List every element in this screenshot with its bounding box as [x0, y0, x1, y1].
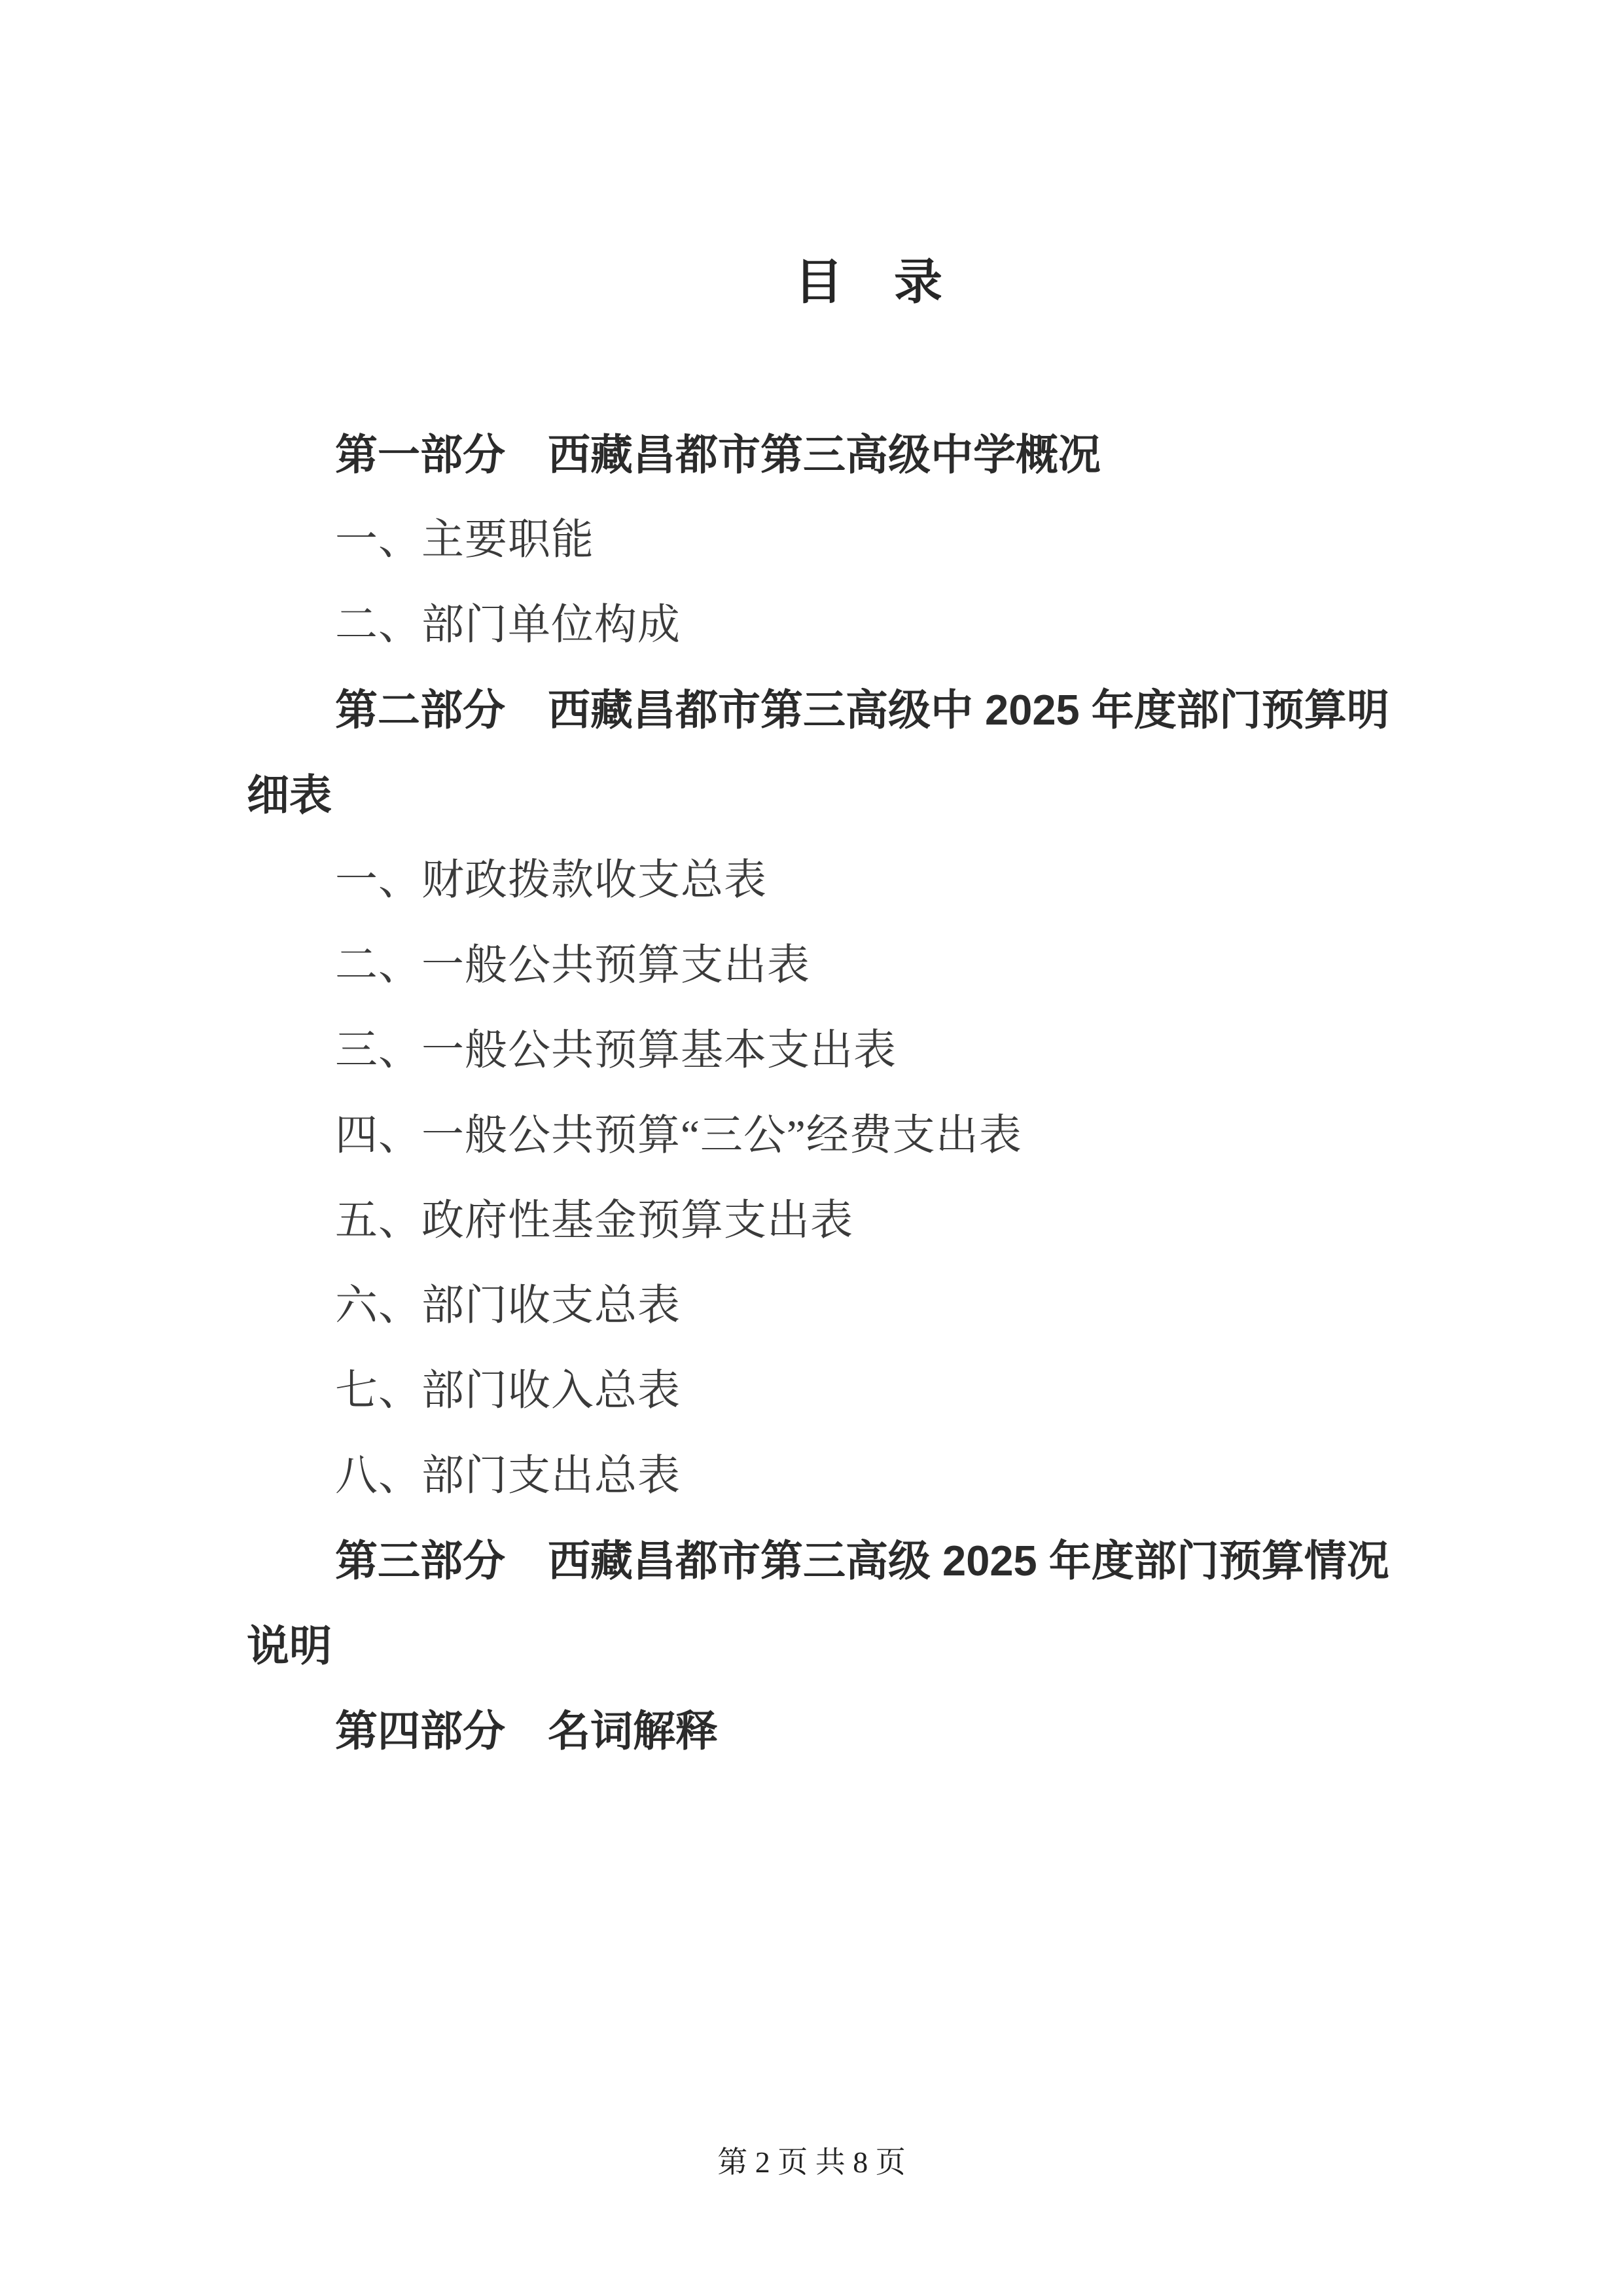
toc-part2-heading-cont: 细表	[247, 753, 1399, 838]
toc-part2-item-6: 六、部门收支总表	[247, 1263, 1399, 1348]
toc-part2-item-1: 一、财政拨款收支总表	[247, 838, 1399, 923]
table-of-contents: 第一部分 西藏昌都市第三高级中学概况 一、主要职能 二、部门单位构成 第二部分 …	[247, 412, 1399, 1774]
toc-part2-item-4: 四、一般公共预算“三公”经费支出表	[247, 1093, 1399, 1178]
toc-part1-item-2: 二、部门单位构成	[247, 583, 1399, 668]
toc-part2-item-2: 二、一般公共预算支出表	[247, 923, 1399, 1008]
toc-part4-heading: 第四部分 名词解释	[247, 1689, 1399, 1774]
page-number-footer: 第 2 页 共 8 页	[0, 2130, 1623, 2195]
content-area: 目 录 第一部分 西藏昌都市第三高级中学概况 一、主要职能 二、部门单位构成 第…	[247, 0, 1399, 1774]
toc-part3-heading-cont: 说明	[247, 1604, 1399, 1689]
toc-part2-item-8: 八、部门支出总表	[247, 1433, 1399, 1518]
toc-part1-item-1: 一、主要职能	[247, 497, 1399, 583]
toc-part2-item-7: 七、部门收入总表	[247, 1348, 1399, 1433]
toc-part3-heading: 第三部分 西藏昌都市第三高级 2025 年度部门预算情况	[247, 1518, 1399, 1604]
toc-part2-item-3: 三、一般公共预算基本支出表	[247, 1008, 1399, 1093]
toc-part2-item-5: 五、政府性基金预算支出表	[247, 1178, 1399, 1263]
toc-part2-heading: 第二部分 西藏昌都市第三高级中 2025 年度部门预算明	[247, 668, 1399, 753]
page-title: 目 录	[247, 247, 1399, 319]
toc-part1-heading: 第一部分 西藏昌都市第三高级中学概况	[247, 412, 1399, 497]
document-page: 目 录 第一部分 西藏昌都市第三高级中学概况 一、主要职能 二、部门单位构成 第…	[0, 0, 1623, 2296]
